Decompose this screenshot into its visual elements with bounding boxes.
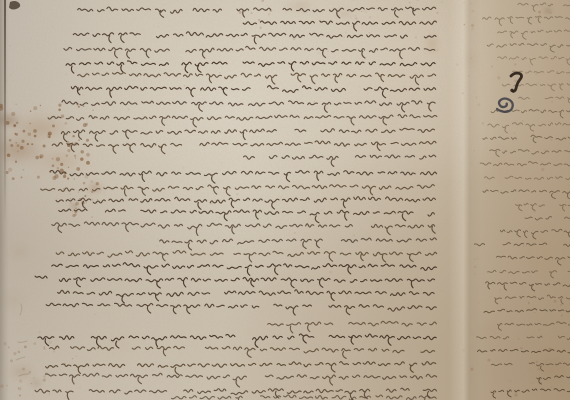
page-edge-crease: [4, 0, 6, 225]
manuscript-photo: [0, 0, 570, 400]
right-margin-tint: [472, 0, 570, 400]
